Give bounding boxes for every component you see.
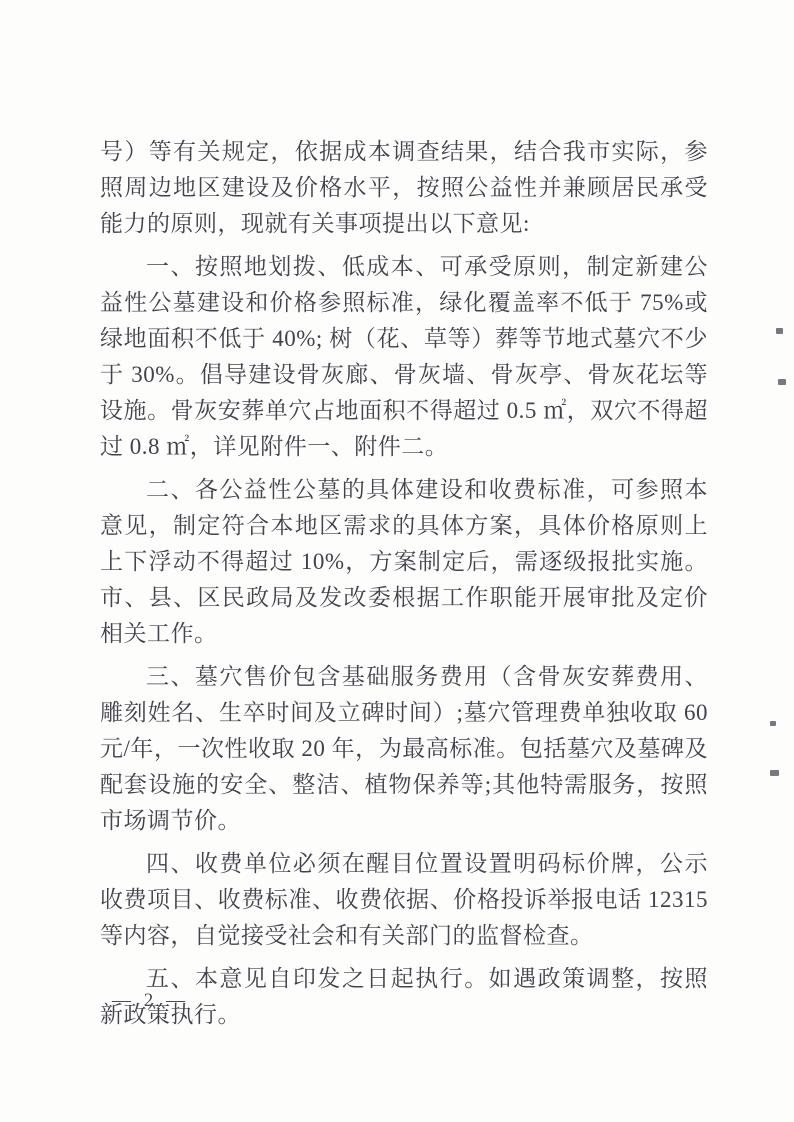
paragraph-item-1: 一、按照地划拨、低成本、可承受原则，制定新建公益性公墓建设和价格参照标准，绿化覆… (100, 249, 708, 465)
paragraph-item-2: 二、各公益性公墓的具体建设和收费标准，可参照本意见，制定符合本地区需求的具体方案… (100, 472, 708, 652)
scan-speck (770, 721, 776, 726)
paragraph-item-5: 五、本意见自印发之日起执行。如遇政策调整，按照新政策执行。 (100, 961, 708, 1033)
paragraph-item-4: 四、收费单位必须在醒目位置设置明码标价牌，公示收费项目、收费标准、收费依据、价格… (100, 846, 708, 954)
scan-speck (776, 328, 783, 334)
paragraph-item-3: 三、墓穴售价包含基础服务费用（含骨灰安葬费用、雕刻姓名、生卒时间及立碑时间）;墓… (100, 659, 708, 839)
scan-speck (770, 770, 779, 776)
paragraph-continuation: 号）等有关规定，依据成本调查结果，结合我市实际，参照周边地区建设及价格水平，按照… (100, 134, 708, 242)
document-body: 号）等有关规定，依据成本调查结果，结合我市实际，参照周边地区建设及价格水平，按照… (100, 134, 708, 1040)
page-number: — 2 — (112, 990, 189, 1012)
scan-speck (778, 379, 786, 385)
document-page: 号）等有关规定，依据成本调查结果，结合我市实际，参照周边地区建设及价格水平，按照… (0, 0, 794, 1122)
